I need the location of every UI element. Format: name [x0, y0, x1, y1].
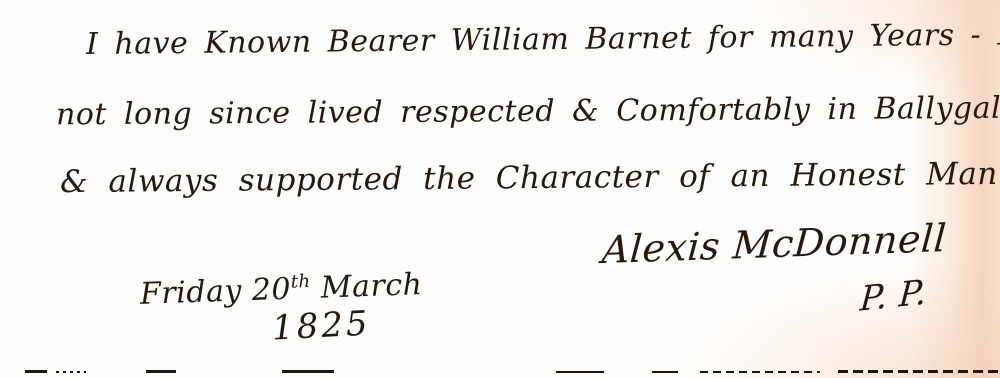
scanned-manuscript-page: I have Known Bearer William Barnet for m… [0, 0, 1000, 378]
date-ordinal-suffix: th [290, 271, 311, 293]
scan-artifact-line [838, 370, 1000, 373]
date-day: Friday 20 [139, 272, 291, 312]
scan-artifact-line [652, 371, 678, 373]
scan-artifact-line [556, 371, 604, 373]
handwritten-line-2: not long since lived respected & Comfort… [56, 91, 1000, 133]
scan-artifact-line [146, 370, 176, 373]
year: 1825 [271, 303, 371, 348]
postscript-initials: P. P. [859, 272, 928, 320]
handwritten-line-3: & always supported the Character of an H… [60, 156, 1000, 200]
scan-artifact-line [282, 370, 334, 373]
page-corner-tint [680, 258, 1000, 378]
date-line: Friday 20th March [139, 267, 422, 312]
date-month: March [310, 267, 423, 306]
scan-artifact-line [56, 371, 86, 373]
scan-artifact-line [700, 371, 820, 373]
signature: Alexis McDonnell [601, 216, 948, 272]
handwritten-line-1: I have Known Bearer William Barnet for m… [86, 17, 1000, 62]
scan-artifact-line [25, 370, 47, 373]
